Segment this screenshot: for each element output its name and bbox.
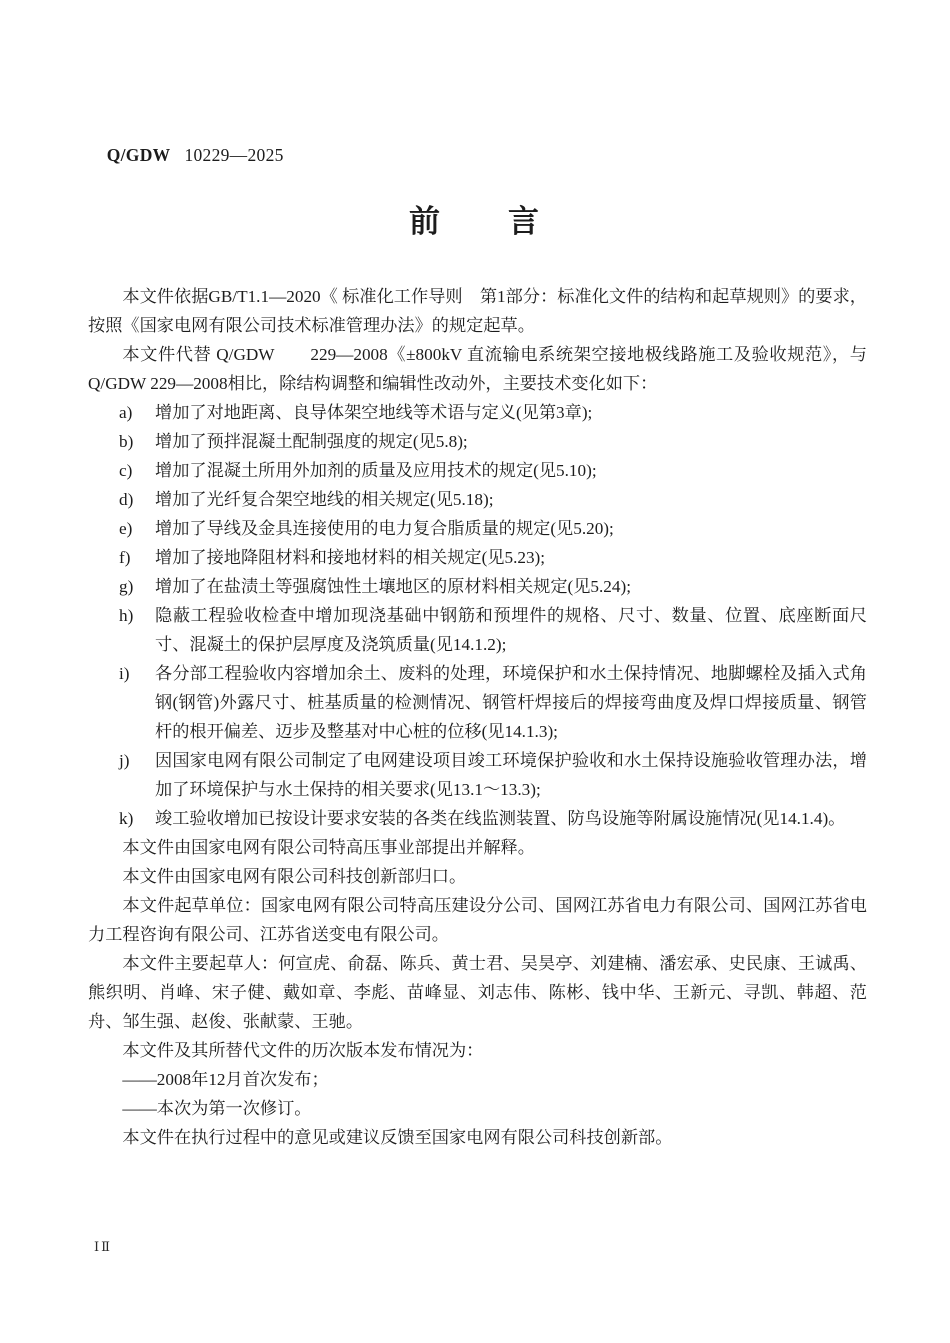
change-item: e) 增加了导线及金具连接使用的电力复合脂质量的规定(见5.20); [88,514,867,543]
foreword-body: 本文件依据GB/T1.1—2020《 标准化工作导则 第1部分：标准化文件的结构… [88,282,867,1152]
paragraph-replaces: 本文件代替 Q/GDW 229—2008《±800kV 直流输电系统架空接地极线… [88,340,867,398]
page-number: ⅠⅡ [94,1239,112,1255]
change-item: c) 增加了混凝土所用外加剂的质量及应用技术的规定(见5.10); [88,456,867,485]
change-item-text: 隐蔽工程验收检查中增加现浇基础中钢筋和预埋件的规格、尺寸、数量、位置、底座断面尺… [155,606,867,654]
change-item-label: h) [119,601,133,630]
change-item-label: f) [119,543,130,572]
change-item-label: d) [119,485,133,514]
change-item-text: 增加了预拌混凝土配制强度的规定(见5.8); [155,432,468,451]
paragraph-first-revision: ——本次为第一次修订。 [88,1094,867,1123]
doc-number: Q/GDW10229—2025 [88,124,284,187]
change-item: b) 增加了预拌混凝土配制强度的规定(见5.8); [88,427,867,456]
change-item: j) 因国家电网有限公司制定了电网建设项目竣工环境保护验收和水土保持设施验收管理… [88,746,867,804]
change-item-label: i) [119,659,130,688]
paragraph-version-history: 本文件及其所替代文件的历次版本发布情况为： [88,1036,867,1065]
change-item: h) 隐蔽工程验收检查中增加现浇基础中钢筋和预埋件的规格、尺寸、数量、位置、底座… [88,601,867,659]
standard-number: 10229—2025 [184,145,283,165]
change-item-label: e) [119,514,132,543]
change-item-label: a) [119,398,132,427]
change-item: g) 增加了在盐渍土等强腐蚀性土壤地区的原材料相关规定(见5.24); [88,572,867,601]
paragraph-first-release: ——2008年12月首次发布； [88,1065,867,1094]
change-item-text: 增加了导线及金具连接使用的电力复合脂质量的规定(见5.20); [155,519,614,538]
change-item-text: 因国家电网有限公司制定了电网建设项目竣工环境保护验收和水土保持设施验收管理办法，… [155,751,867,799]
change-item: d) 增加了光纤复合架空地线的相关规定(见5.18); [88,485,867,514]
document-page: Q/GDW10229—2025 前 言 本文件依据GB/T1.1—2020《 标… [0,0,950,1343]
change-item-label: c) [119,456,132,485]
foreword-title: 前 言 [0,196,950,241]
change-item-label: g) [119,572,133,601]
paragraph-basis: 本文件依据GB/T1.1—2020《 标准化工作导则 第1部分：标准化文件的结构… [88,282,867,340]
change-item-text: 竣工验收增加已按设计要求安装的各类在线监测装置、防鸟设施等附属设施情况(见14.… [155,809,845,828]
change-item-text: 各分部工程验收内容增加余土、废料的处理，环境保护和水土保持情况、地脚螺栓及插入式… [155,664,867,741]
change-item-text: 增加了混凝土所用外加剂的质量及应用技术的规定(见5.10); [155,461,597,480]
change-item: i) 各分部工程验收内容增加余土、废料的处理，环境保护和水土保持情况、地脚螺栓及… [88,659,867,746]
change-item-label: k) [119,804,133,833]
paragraph-centralized-by: 本文件由国家电网有限公司科技创新部归口。 [88,862,867,891]
change-item-text: 增加了光纤复合架空地线的相关规定(见5.18); [155,490,494,509]
change-item: a) 增加了对地距离、良导体架空地线等术语与定义(见第3章); [88,398,867,427]
paragraph-main-drafters: 本文件主要起草人：何宣虎、俞磊、陈兵、黄士君、吴昊亭、刘建楠、潘宏承、史民康、王… [88,949,867,1036]
change-item-text: 增加了接地降阻材料和接地材料的相关规定(见5.23); [155,548,545,567]
standard-code: Q/GDW [107,145,171,165]
paragraph-proposed-by: 本文件由国家电网有限公司特高压事业部提出并解释。 [88,833,867,862]
paragraph-feedback: 本文件在执行过程中的意见或建议反馈至国家电网有限公司科技创新部。 [88,1123,867,1152]
paragraph-drafting-organizations: 本文件起草单位：国家电网有限公司特高压建设分公司、国网江苏省电力有限公司、国网江… [88,891,867,949]
change-item-text: 增加了在盐渍土等强腐蚀性土壤地区的原材料相关规定(见5.24); [155,577,631,596]
change-item: f) 增加了接地降阻材料和接地材料的相关规定(见5.23); [88,543,867,572]
change-item-label: b) [119,427,133,456]
change-item-text: 增加了对地距离、良导体架空地线等术语与定义(见第3章); [155,403,592,422]
change-item-label: j) [119,746,130,775]
change-item: k) 竣工验收增加已按设计要求安装的各类在线监测装置、防鸟设施等附属设施情况(见… [88,804,867,833]
